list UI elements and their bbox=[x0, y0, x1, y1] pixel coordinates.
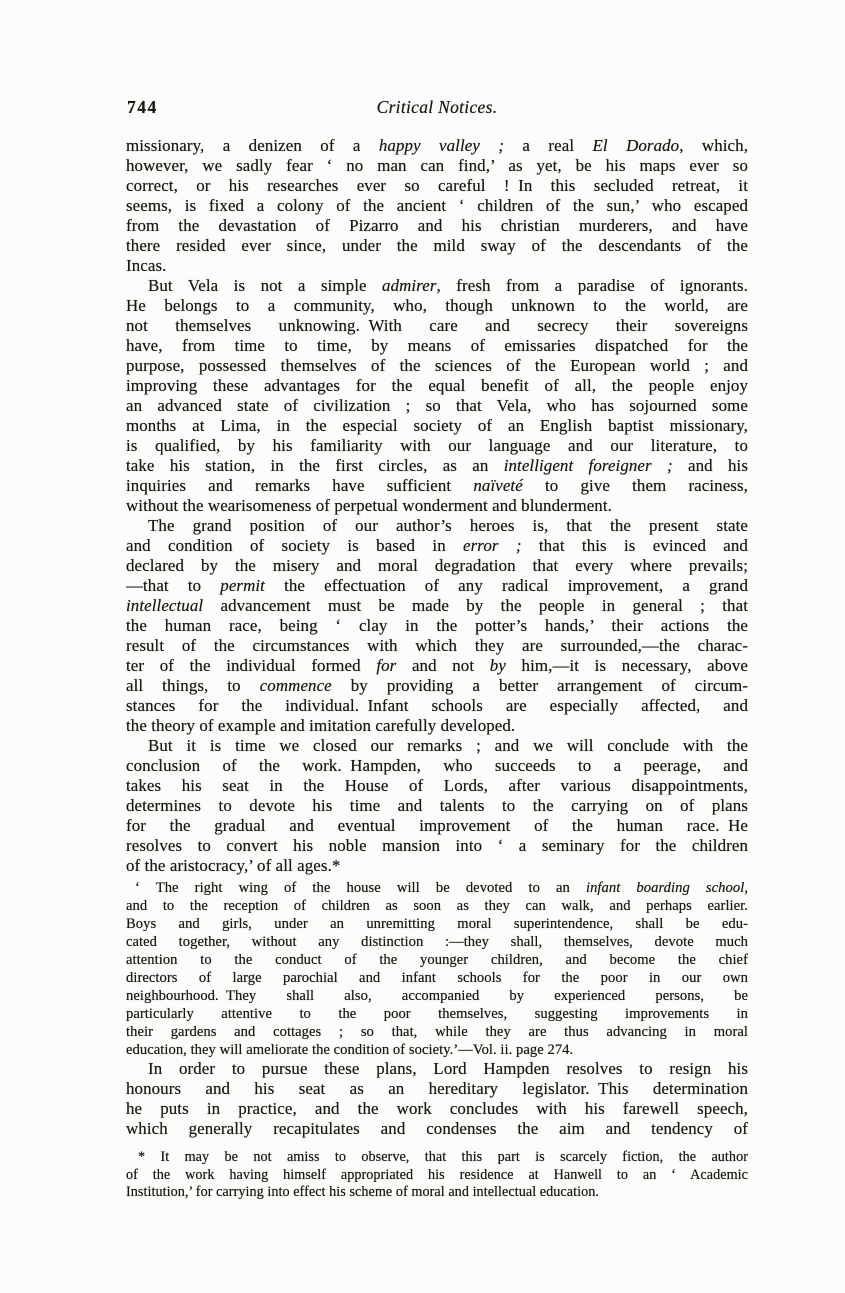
text-line: is qualified, by his familiarity with ou… bbox=[126, 436, 748, 456]
text-line: correct, or his researches ever so caref… bbox=[126, 176, 748, 196]
text-line: intellectual advancement must be made by… bbox=[126, 596, 748, 616]
text-line: particularly attentive to the poor thems… bbox=[126, 1005, 748, 1023]
text-line: takes his seat in the House of Lords, af… bbox=[126, 776, 748, 796]
text-line: without the wearisomeness of perpetual w… bbox=[126, 496, 748, 516]
text-line: not themselves unknowing. With care and … bbox=[126, 316, 748, 336]
text-line: But it is time we closed our remarks ; a… bbox=[126, 736, 748, 756]
text-line: stances for the individual. Infant schoo… bbox=[126, 696, 748, 716]
page-body: missionary, a denizen of a happy valley … bbox=[126, 136, 748, 1202]
paragraph: The grand position of our author’s heroe… bbox=[126, 516, 748, 736]
text-line: the theory of example and imitation care… bbox=[126, 716, 748, 736]
text-line: an advanced state of civilization ; so t… bbox=[126, 396, 748, 416]
text-line: Incas. bbox=[126, 256, 748, 276]
text-line: and to the reception of children as soon… bbox=[126, 897, 748, 915]
text-line: he puts in practice, and the work conclu… bbox=[126, 1099, 748, 1119]
footnote: * It may be not amiss to observe, that t… bbox=[126, 1149, 748, 1202]
paragraph: But it is time we closed our remarks ; a… bbox=[126, 736, 748, 876]
running-title: Critical Notices. bbox=[126, 97, 748, 118]
page-content: 744 Critical Notices. missionary, a deni… bbox=[126, 97, 748, 1202]
text-line: and condition of society is based in err… bbox=[126, 536, 748, 556]
paragraph: missionary, a denizen of a happy valley … bbox=[126, 136, 748, 276]
scanned-book-page: 744 Critical Notices. missionary, a deni… bbox=[0, 0, 845, 1293]
text-line: determines to devote his time and talent… bbox=[126, 796, 748, 816]
text-line: however, we sadly fear ‘ no man can find… bbox=[126, 156, 748, 176]
text-line: attention to the conduct of the younger … bbox=[126, 951, 748, 969]
text-line: result of the circumstances with which t… bbox=[126, 636, 748, 656]
text-line: their gardens and cottages ; so that, wh… bbox=[126, 1023, 748, 1041]
text-line: from the devastation of Pizarro and his … bbox=[126, 216, 748, 236]
text-line: honours and his seat as an hereditary le… bbox=[126, 1079, 748, 1099]
text-line: take his station, in the first circles, … bbox=[126, 456, 748, 476]
paragraph: In order to pursue these plans, Lord Ham… bbox=[126, 1059, 748, 1139]
text-line: cated together, without any distinction … bbox=[126, 933, 748, 951]
text-line: of the aristocracy,’ of all ages.* bbox=[126, 856, 748, 876]
block-quote: ‘ The right wing of the house will be de… bbox=[126, 879, 748, 1059]
text-line: ter of the individual formed for and not… bbox=[126, 656, 748, 676]
text-line: all things, to commence by providing a b… bbox=[126, 676, 748, 696]
text-line: Boys and girls, under an unremitting mor… bbox=[126, 915, 748, 933]
text-line: months at Lima, in the especial society … bbox=[126, 416, 748, 436]
text-line: have, from time to time, by means of emi… bbox=[126, 336, 748, 356]
text-line: resolves to convert his noble mansion in… bbox=[126, 836, 748, 856]
page-header: 744 Critical Notices. bbox=[126, 97, 748, 118]
text-line: directors of large parochial and infant … bbox=[126, 969, 748, 987]
text-line: The grand position of our author’s heroe… bbox=[126, 516, 748, 536]
text-line: ‘ The right wing of the house will be de… bbox=[126, 879, 748, 897]
text-line: the human race, being ‘ clay in the pott… bbox=[126, 616, 748, 636]
text-line: But Vela is not a simple admirer, fresh … bbox=[126, 276, 748, 296]
text-line: —that to permit the effectuation of any … bbox=[126, 576, 748, 596]
text-line: Institution,’ for carrying into effect h… bbox=[126, 1184, 748, 1202]
text-line: conclusion of the work. Hampden, who suc… bbox=[126, 756, 748, 776]
text-line: inquiries and remarks have sufficient na… bbox=[126, 476, 748, 496]
text-line: In order to pursue these plans, Lord Ham… bbox=[126, 1059, 748, 1079]
text-line: of the work having himself appropriated … bbox=[126, 1167, 748, 1185]
text-line: neighbourhood. They shall also, accompan… bbox=[126, 987, 748, 1005]
text-line: improving these advantages for the equal… bbox=[126, 376, 748, 396]
text-line: for the gradual and eventual improvement… bbox=[126, 816, 748, 836]
text-line: seems, is fixed a colony of the ancient … bbox=[126, 196, 748, 216]
text-line: purpose, possessed themselves of the sci… bbox=[126, 356, 748, 376]
text-line: * It may be not amiss to observe, that t… bbox=[126, 1149, 748, 1167]
text-line: He belongs to a community, who, though u… bbox=[126, 296, 748, 316]
text-line: missionary, a denizen of a happy valley … bbox=[126, 136, 748, 156]
text-line: there resided ever since, under the mild… bbox=[126, 236, 748, 256]
page-number: 744 bbox=[127, 97, 158, 118]
text-line: education, they will ameliorate the cond… bbox=[126, 1041, 748, 1059]
text-line: which generally recapitulates and conden… bbox=[126, 1119, 748, 1139]
paragraph: But Vela is not a simple admirer, fresh … bbox=[126, 276, 748, 516]
text-line: declared by the misery and moral degrada… bbox=[126, 556, 748, 576]
